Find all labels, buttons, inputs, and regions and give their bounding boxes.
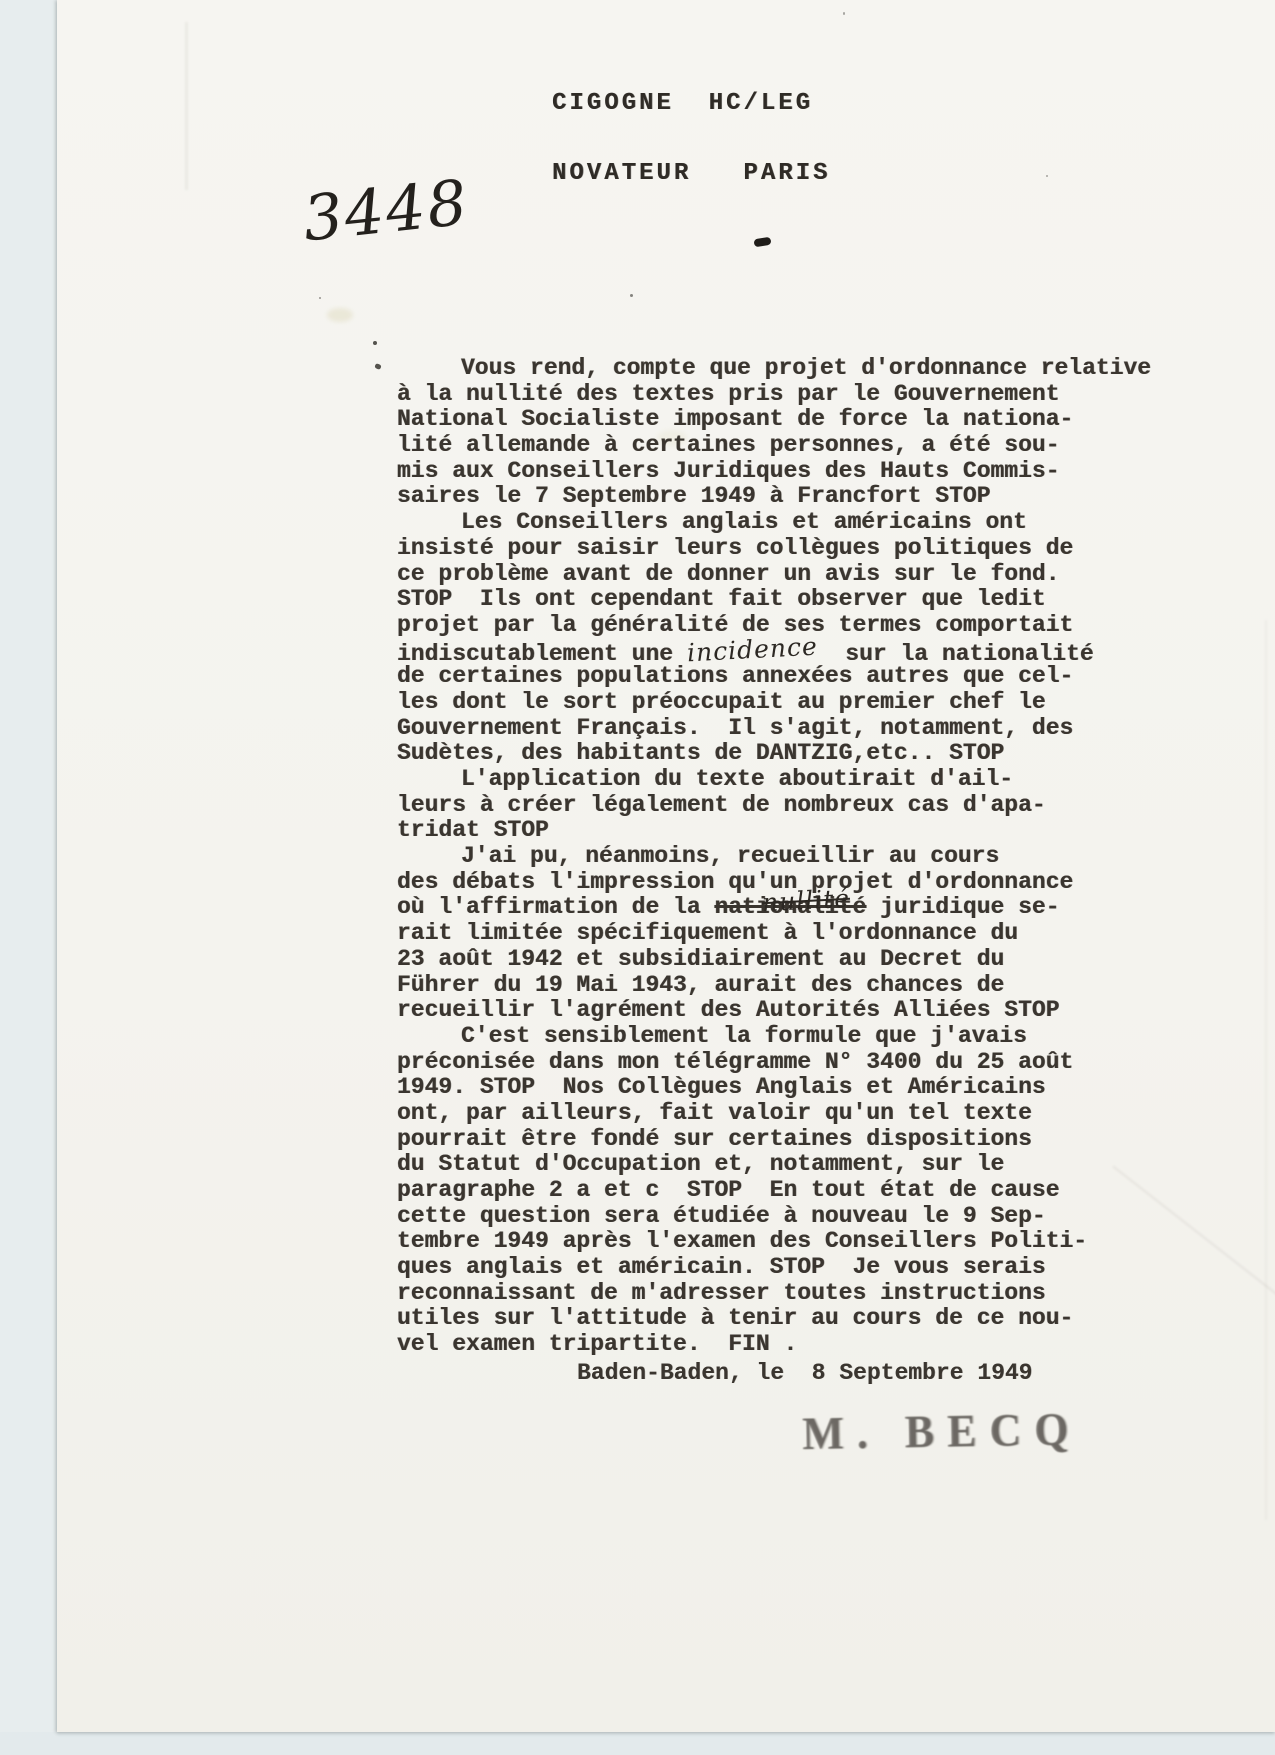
ink-speck	[319, 297, 321, 299]
body-line: ce problème avant de donner un avis sur …	[397, 562, 1107, 588]
handwritten-correction: nullité	[762, 886, 851, 916]
body-line: Gouvernement Français. Il s'agit, notamm…	[397, 716, 1107, 742]
typed-text: C'est sensiblement la formule que j'avai…	[461, 1023, 1027, 1049]
ink-speck	[1046, 175, 1048, 177]
typed-text: utiles sur l'attitude à tenir au cours d…	[397, 1305, 1073, 1331]
body-line: où l'affirmation de la nationaliténullit…	[397, 895, 1107, 921]
body-line: saires le 7 Septembre 1949 à Francfort S…	[397, 484, 1107, 510]
body-line: tembre 1949 après l'examen des Conseille…	[397, 1229, 1107, 1255]
body-line: ont, par ailleurs, fait valoir qu'un tel…	[397, 1101, 1107, 1127]
body-line: Les Conseillers anglais et américains on…	[397, 510, 1107, 536]
paper-fold-crease	[1112, 1166, 1275, 1377]
typed-text: rait limitée spécifiquement à l'ordonnan…	[397, 920, 1018, 946]
handwritten-registry-number: 3448	[300, 166, 473, 256]
body-line: utiles sur l'attitude à tenir au cours d…	[397, 1306, 1107, 1332]
typed-text: de certaines populations annexées autres…	[397, 663, 1073, 689]
typed-text: L'application du texte aboutirait d'ail-	[461, 766, 1013, 792]
typed-text: Les Conseillers anglais et américains on…	[461, 509, 1027, 535]
typed-text: mis aux Conseillers Juridiques des Hauts…	[397, 458, 1060, 484]
body-line: C'est sensiblement la formule que j'avai…	[397, 1024, 1107, 1050]
typed-text: où l'affirmation de la	[397, 894, 714, 920]
body-line: leurs à créer légalement de nombreux cas…	[397, 793, 1107, 819]
typed-text: tridat STOP	[397, 817, 549, 843]
dateline: Baden-Baden, le 8 Septembre 1949	[577, 1360, 1032, 1386]
typed-text: lité allemande à certaines personnes, a …	[397, 432, 1060, 458]
body-line: mis aux Conseillers Juridiques des Hauts…	[397, 459, 1107, 485]
body-line: pourrait être fondé sur certaines dispos…	[397, 1127, 1107, 1153]
separator-dash-mark	[753, 237, 771, 248]
paper-edge-shadow	[1265, 620, 1267, 1520]
paper-stain	[327, 308, 353, 322]
typed-text: insisté pour saisir leurs collègues poli…	[397, 535, 1073, 561]
scanner-bed-edge	[0, 1732, 1275, 1755]
body-line: 23 août 1942 et subsidiairement au Decre…	[397, 947, 1107, 973]
typed-text: des débats l'impression qu'un projet d'o…	[397, 869, 1073, 895]
body-line: rait limitée spécifiquement à l'ordonnan…	[397, 921, 1107, 947]
body-line: des débats l'impression qu'un projet d'o…	[397, 870, 1107, 896]
typed-text: 23 août 1942 et subsidiairement au Decre…	[397, 946, 1004, 972]
body-line: les dont le sort préoccupait au premier …	[397, 690, 1107, 716]
telegram-code-line: CIGOGNE HC/LEG	[552, 90, 813, 117]
ink-speck	[843, 12, 845, 15]
typed-text: Gouvernement Français. Il s'agit, notamm…	[397, 715, 1073, 741]
body-line: indiscutablement une incidence sur la na…	[397, 639, 1107, 665]
typed-text: ques anglais et américain. STOP Je vous …	[397, 1254, 1046, 1280]
ink-speck	[630, 294, 633, 297]
body-line: National Socialiste imposant de force la…	[397, 407, 1107, 433]
corrected-word: nationaliténullité	[714, 895, 866, 921]
typed-text: vel examen tripartite. FIN .	[397, 1331, 797, 1357]
typed-text: ce problème avant de donner un avis sur …	[397, 561, 1060, 587]
ink-speck	[373, 341, 377, 345]
typed-text: Sudètes, des habitants de DANTZIG,etc.. …	[397, 740, 1004, 766]
ink-speck	[374, 363, 382, 370]
typed-text: projet par la généralité de ses termes c…	[397, 612, 1073, 638]
body-line: vel examen tripartite. FIN .	[397, 1332, 1107, 1358]
handwritten-insertion: incidence	[686, 633, 818, 666]
telegram-address-line: NOVATEUR PARIS	[552, 160, 830, 187]
typed-text: ont, par ailleurs, fait valoir qu'un tel…	[397, 1100, 1032, 1126]
typed-text: les dont le sort préoccupait au premier …	[397, 689, 1046, 715]
typed-text: tembre 1949 après l'examen des Conseille…	[397, 1228, 1087, 1254]
paper-crease	[185, 22, 188, 190]
body-line: reconnaissant de m'adresser toutes instr…	[397, 1281, 1107, 1307]
typed-text: à la nullité des textes pris par le Gouv…	[397, 381, 1060, 407]
body-line: paragraphe 2 a et c STOP En tout état de…	[397, 1178, 1107, 1204]
body-line: lité allemande à certaines personnes, a …	[397, 433, 1107, 459]
typed-text: STOP Ils ont cependant fait observer que…	[397, 586, 1046, 612]
telegram-body: Vous rend, compte que projet d'ordonnanc…	[397, 356, 1107, 1358]
typed-text: pourrait être fondé sur certaines dispos…	[397, 1126, 1032, 1152]
body-line: à la nullité des textes pris par le Gouv…	[397, 382, 1107, 408]
typed-text: leurs à créer légalement de nombreux cas…	[397, 792, 1046, 818]
typed-text: Vous rend, compte que projet d'ordonnanc…	[461, 355, 1151, 381]
typed-text: juridique se-	[866, 894, 1059, 920]
typed-text: saires le 7 Septembre 1949 à Francfort S…	[397, 483, 991, 509]
typed-text: paragraphe 2 a et c STOP En tout état de…	[397, 1177, 1060, 1203]
body-line: préconisée dans mon télégramme N° 3400 d…	[397, 1050, 1107, 1076]
body-line: Führer du 19 Mai 1943, aurait des chance…	[397, 973, 1107, 999]
body-line: cette question sera étudiée à nouveau le…	[397, 1204, 1107, 1230]
body-line: Vous rend, compte que projet d'ordonnanc…	[397, 356, 1107, 382]
body-line: ques anglais et américain. STOP Je vous …	[397, 1255, 1107, 1281]
typed-text: recueillir l'agrément des Autorités Alli…	[397, 997, 1060, 1023]
body-line: tridat STOP	[397, 818, 1107, 844]
body-line: STOP Ils ont cependant fait observer que…	[397, 587, 1107, 613]
body-line: J'ai pu, néanmoins, recueillir au cours	[397, 844, 1107, 870]
paper: CIGOGNE HC/LEG NOVATEUR PARIS 3448 Vous …	[57, 0, 1275, 1732]
typed-text: Führer du 19 Mai 1943, aurait des chance…	[397, 972, 1004, 998]
typed-text: J'ai pu, néanmoins, recueillir au cours	[461, 843, 999, 869]
typed-text: cette question sera étudiée à nouveau le…	[397, 1203, 1046, 1229]
typed-text: National Socialiste imposant de force la…	[397, 406, 1073, 432]
body-line: du Statut d'Occupation et, notamment, su…	[397, 1152, 1107, 1178]
body-line: Sudètes, des habitants de DANTZIG,etc.. …	[397, 741, 1107, 767]
typed-text: 1949. STOP Nos Collègues Anglais et Amér…	[397, 1074, 1046, 1100]
body-line: recueillir l'agrément des Autorités Alli…	[397, 998, 1107, 1024]
body-line: L'application du texte aboutirait d'ail-	[397, 767, 1107, 793]
typed-text: préconisée dans mon télégramme N° 3400 d…	[397, 1049, 1073, 1075]
body-line: de certaines populations annexées autres…	[397, 664, 1107, 690]
typed-text: reconnaissant de m'adresser toutes instr…	[397, 1280, 1046, 1306]
signature-stamp: M. BECQ	[802, 1402, 1082, 1460]
typed-text: du Statut d'Occupation et, notamment, su…	[397, 1151, 1004, 1177]
scan-canvas: { "document": { "type": "scanned typewri…	[0, 0, 1275, 1755]
body-line: 1949. STOP Nos Collègues Anglais et Amér…	[397, 1075, 1107, 1101]
body-line: insisté pour saisir leurs collègues poli…	[397, 536, 1107, 562]
